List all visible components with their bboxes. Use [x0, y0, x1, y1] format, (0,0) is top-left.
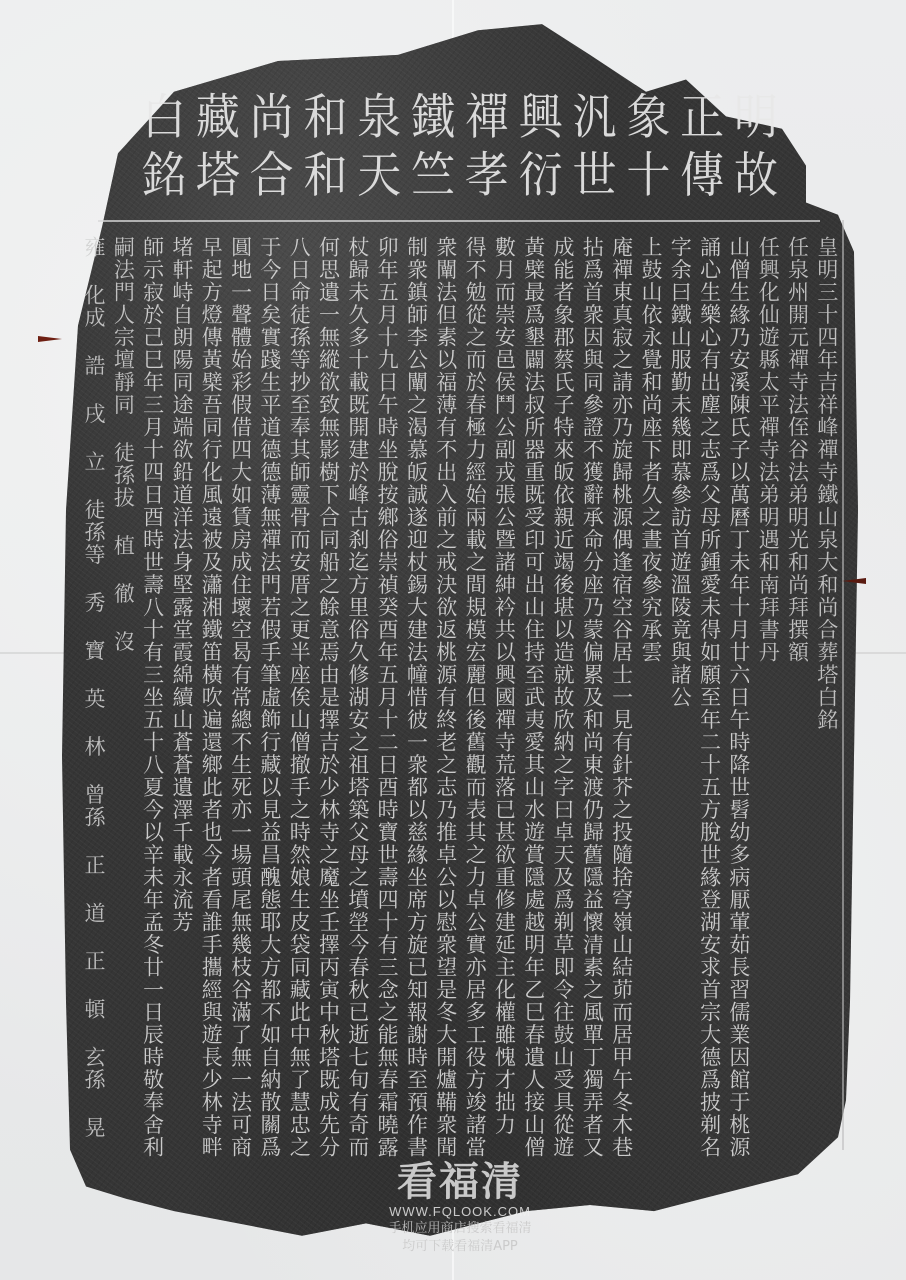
title-char: 合: [248, 147, 296, 204]
inscription-column: 得不勉從之而於春極力經始兩載之間規模宏麗但後舊觀而表其之力卓公實亦居多工役方竣諸…: [461, 236, 488, 1176]
inscription-column: 嗣法門人宗壇靜同 徒孫拔 植 徹 沒: [109, 236, 136, 1176]
title-char: 白: [140, 89, 188, 146]
title-char: 世: [571, 147, 619, 204]
title-char: 和: [301, 89, 349, 146]
seal-script-title: 明 正 象 汎 興 禪 鐵 泉 和 尚 藏 白 故 傳 十 世 衍 孝 竺 天 …: [140, 92, 780, 212]
inscription-column: 雍 化成 誥 戌 立 徒孫等 秀 寶 英 林 曾孫 正 道 正 頓 玄孫 晃 弘…: [80, 236, 107, 1176]
watermark-url: WWW.FQLOOK.COM: [360, 1204, 560, 1220]
watermark-brand: 看福清: [360, 1160, 560, 1204]
inscription-body: 皇明三十四年吉祥峰禪寺鐵山泉大和尚合葬塔白銘 任泉州開元禪寺法侄谷法弟明光和尚拜…: [80, 236, 840, 1176]
inscription-column: 衆闡法但素以福薄有不出入前之戒決欲返桃源有終老之志乃推卓公以慰衆望是冬大開爐鞴衆…: [432, 236, 459, 1176]
title-divider-line: [98, 220, 820, 222]
inscription-column: 山僧生緣乃安溪陳氏子以萬曆丁未年十月廿六日午時降世髫幼多病厭葷茹長習儒業因館于桃…: [725, 236, 752, 1176]
inscription-column: 庵禪東真寂之請亦乃旋歸桃源偶逢宿空谷居士一見有針芥之投隨捨穹嶺山結茆而居甲午冬木…: [608, 236, 635, 1176]
title-char: 汎: [571, 89, 619, 146]
inscription-column: 于今日矣實踐生平道德德薄無禪法門若假手筆虛飾行藏以見益昌醜態耶大方都不如自納散關…: [256, 236, 283, 1176]
inscription-column: 任泉州開元禪寺法侄谷法弟明光和尚拜撰額: [784, 236, 811, 1176]
title-char: 塔: [194, 147, 242, 204]
inscription-column: 早起方燈傳黃檗吾同行化風遠被及瀟湘鐵笛橫吹遍還鄉此者也今者看誰手攜經與遊長少林寺…: [197, 236, 224, 1176]
title-char: 鐵: [409, 89, 457, 146]
title-char: 象: [624, 89, 672, 146]
title-char: 傳: [678, 147, 726, 204]
inscription-column: 卯年五月十九日午時坐脫按鄉俗崇禎癸酉年五月十二日酉時寶世壽四十有三念之能無春霜曉…: [373, 236, 400, 1176]
inscription-column: 制衆鎮師李公闡之渴慕皈誠遂迎杖錫大建法幢惜彼一衆都以慈緣坐席方旋已知報謝時至預作…: [402, 236, 429, 1176]
inscription-column: 成能者象郡蔡氏子特來皈依親近竭後堪以造就故欣納之字曰卓天及爲剃草即令往鼓山受具從…: [549, 236, 576, 1176]
title-char: 天: [355, 147, 403, 204]
inscription-column: 何思遺一無縱欲致無影樹下合同船之餘意焉由是擇吉於少林寺之魔坐壬擇丙寅中秋塔既成先…: [315, 236, 342, 1176]
title-char: 竺: [409, 147, 457, 204]
title-char: 銘: [140, 147, 188, 204]
title-char: 尚: [248, 89, 296, 146]
inscription-column: 誦心生樂心有出塵之志爲父母所鍾愛未得如願至年二十五方脫世緣登湖安求首宗大德爲披剃…: [696, 236, 723, 1176]
title-char: 藏: [194, 89, 242, 146]
inscription-column: 圓地一聲體始彩假借四大如賃房成住壞空曷有常總不生死亦一場頭尾無幾枝谷滿了無一法可…: [227, 236, 254, 1176]
title-char: 孝: [463, 147, 511, 204]
title-char: 禪: [463, 89, 511, 146]
title-char: 興: [517, 89, 565, 146]
inscription-column: 黃檗最爲墾闢法叔所器重既受印可出山住持至武夷愛其山水遊賞隱處越明年乙巳春遺人接山…: [520, 236, 547, 1176]
watermark-line-1: 手机应用商店搜索看福清: [360, 1220, 560, 1238]
watermark-line-2: 均可下载看福清APP: [360, 1238, 560, 1256]
watermark: 看福清 WWW.FQLOOK.COM 手机应用商店搜索看福清 均可下载看福清AP…: [360, 1160, 560, 1256]
title-char: 明: [732, 89, 780, 146]
inscription-column: 數月而崇安邑侯鬥公副戎張公暨諸紳衿共以興國禪寺荒落已甚欲重修建延主化權雖愧才拙力: [490, 236, 517, 1176]
title-char: 故: [732, 147, 780, 204]
title-char: 泉: [355, 89, 403, 146]
title-char: 正: [678, 89, 726, 146]
inscription-column: 八日命徒孫等抄至奉其師靈骨而安厝之更半座俟山僧撤手之時然娘生皮袋同藏此中無了慧忠…: [285, 236, 312, 1176]
title-char: 和: [301, 147, 349, 204]
inscription-column: 任興化仙遊縣太平禪寺法弟明遇和南拜書丹: [754, 236, 781, 1176]
inscription-column: 字余曰鐵山服勤未幾即慕參訪首遊溫陵竟與諸公: [666, 236, 693, 1176]
right-border-line: [842, 220, 844, 1150]
title-row-1: 明 正 象 汎 興 禪 鐵 泉 和 尚 藏 白: [140, 92, 780, 144]
inscription-column: 拈爲首衆因與同參證不獲辭承命分座乃蒙偏累及和尚東渡仍歸舊隱益懷清素之風單丁獨弄者…: [578, 236, 605, 1176]
title-char: 衍: [517, 147, 565, 204]
inscription-column: 皇明三十四年吉祥峰禪寺鐵山泉大和尚合葬塔白銘: [813, 236, 840, 1176]
title-row-2: 故 傳 十 世 衍 孝 竺 天 和 合 塔 銘: [140, 150, 780, 202]
inscription-column: 師示寂於己巳年三月十四日酉時世壽八十有三坐五十八夏今以辛未年孟冬廿一日辰時敬奉舍…: [139, 236, 166, 1176]
inscription-column: 杖歸未久多十載既開建於峰古刹迄方里俗久修湖安之祖塔築父母之墳塋今春秋已逝七旬有奇…: [344, 236, 371, 1176]
inscription-column: 堵軒峙自朗陽同途端欲鉛道洋法身堅露堂霞綿續山蒼蒼遺澤千載永流芳: [168, 236, 195, 1176]
inscription-column: 上鼓山依永覺和尚座下者久之晝夜參究承雲: [637, 236, 664, 1176]
title-char: 十: [624, 147, 672, 204]
